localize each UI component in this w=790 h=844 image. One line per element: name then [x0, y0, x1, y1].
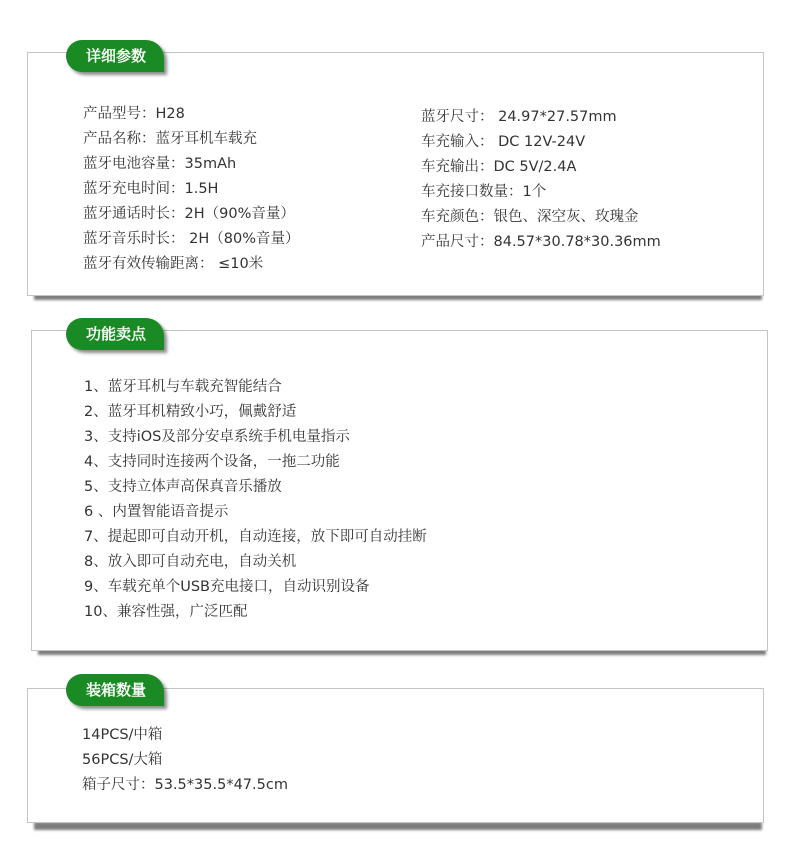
- spec-item: 产品名称：蓝牙耳机车载充: [83, 127, 257, 148]
- packing-item: 56PCS/大箱: [82, 748, 162, 769]
- feature-item: 2、蓝牙耳机精致小巧，佩戴舒适: [84, 400, 296, 421]
- feature-item: 9、车载充单个USB充电接口，自动识别设备: [84, 575, 370, 596]
- feature-item: 10、兼容性强，广泛匹配: [84, 600, 247, 621]
- spec-item: 车充接口数量：1个: [421, 180, 546, 201]
- feature-item: 3、支持iOS及部分安卓系统手机电量指示: [84, 425, 350, 446]
- spec-item: 车充输出：DC 5V/2.4A: [421, 155, 576, 176]
- packing-item: 14PCS/中箱: [82, 723, 162, 744]
- spec-item: 蓝牙通话时长：2H（90%音量）: [83, 202, 295, 223]
- feature-item: 5、支持立体声高保真音乐播放: [84, 475, 282, 496]
- spec-item: 蓝牙音乐时长： 2H（80%音量）: [83, 227, 299, 248]
- section-title-tab: 功能卖点: [66, 318, 164, 350]
- spec-item: 产品尺寸：84.57*30.78*30.36mm: [421, 230, 661, 251]
- feature-item: 7、提起即可自动开机，自动连接，放下即可自动挂断: [84, 525, 427, 546]
- feature-item: 1、蓝牙耳机与车载充智能结合: [84, 375, 282, 396]
- packing-item: 箱子尺寸：53.5*35.5*47.5cm: [82, 773, 288, 794]
- spec-item: 蓝牙有效传输距离： ≤10米: [83, 252, 263, 273]
- spec-item: 蓝牙充电时间：1.5H: [83, 177, 218, 198]
- spec-item: 蓝牙电池容量：35mAh: [83, 152, 236, 173]
- feature-item: 4、支持同时连接两个设备，一拖二功能: [84, 450, 340, 471]
- section-title-tab: 详细参数: [66, 40, 164, 72]
- spec-item: 产品型号：H28: [83, 102, 185, 123]
- spec-item: 车充颜色：银色、深空灰、玫瑰金: [421, 205, 639, 226]
- section-title-tab: 装箱数量: [66, 674, 164, 706]
- box-shadow: [34, 822, 762, 830]
- spec-item: 车充输入： DC 12V-24V: [421, 130, 585, 151]
- feature-item: 8、放入即可自动充电，自动关机: [84, 550, 296, 571]
- spec-item: 蓝牙尺寸： 24.97*27.57mm: [421, 105, 617, 126]
- feature-item: 6 、内置智能语音提示: [84, 500, 228, 521]
